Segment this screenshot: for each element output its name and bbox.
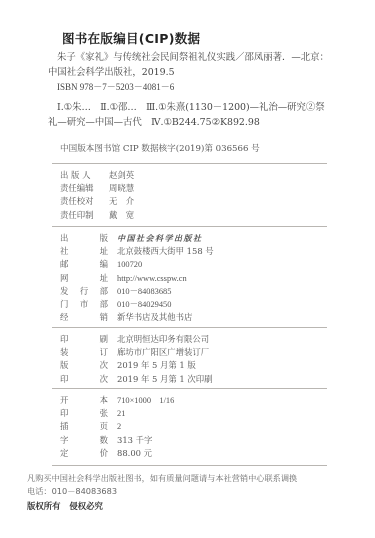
staff-value: 赵剑英	[109, 169, 134, 182]
print-row: 装订 廊坊市广阳区广增装订厂	[60, 346, 213, 359]
notice-phone: 电话：010－84083683	[27, 485, 297, 498]
printer: 北京明恒达印务有限公司	[117, 333, 209, 346]
publisher-row: 邮编 100720	[60, 258, 214, 271]
staff-row: 责任印制 戴 宽	[60, 209, 134, 222]
inserts: 2	[117, 420, 121, 433]
cip-classification: Ⅰ.①朱… Ⅱ.①邵… Ⅲ.①朱熹(1130－1200)—礼治—研究②祭礼—研究…	[48, 100, 333, 130]
staff-row: 责任编辑 周晓慧	[60, 182, 134, 195]
divider	[52, 163, 327, 164]
staff-row: 责任校对 无 介	[60, 195, 134, 208]
publisher-row: 社址 北京鼓楼西大街甲 158 号	[60, 245, 214, 258]
retail-phone: 010－84029450	[117, 298, 171, 311]
isbn: ISBN 978－7－5203－4081－6	[48, 80, 333, 95]
address: 北京鼓楼西大街甲 158 号	[117, 245, 214, 258]
staff-credits: 出 版 人 赵剑英 责任编辑 周晓慧 责任校对 无 介 责任印制 戴 宽	[60, 169, 134, 222]
spec-info: 开本 710×1000 1/16 印张 21 插页 2 字数 313 千字 定价…	[60, 394, 174, 460]
quality-notice: 凡购买中国社会科学出版社图书，如有质量问题请与本社营销中心联系调换 电话：010…	[27, 472, 297, 498]
spec-row: 定价 88.00 元	[60, 447, 174, 460]
spec-row: 印张 21	[60, 407, 174, 420]
publisher-row: 网址 http://www.csspw.cn	[60, 272, 214, 285]
binder: 廊坊市广阳区广增装订厂	[117, 346, 209, 359]
distributor: 新华书店及其他书店	[117, 311, 192, 324]
distribution-phone: 010－84083685	[117, 285, 171, 298]
spec-row: 字数 313 千字	[60, 434, 174, 447]
staff-value: 无 介	[109, 195, 134, 208]
cip-heading: 图书在版编目(CIP)数据	[62, 29, 200, 47]
publisher-info: 出版 中国社会科学出版社 社址 北京鼓楼西大街甲 158 号 邮编 100720…	[60, 232, 214, 324]
staff-row: 出 版 人 赵剑英	[60, 169, 134, 182]
website-link[interactable]: http://www.csspw.cn	[117, 272, 187, 285]
spec-row: 插页 2	[60, 420, 174, 433]
word-count: 313 千字	[117, 434, 152, 447]
cip-entry: 朱子《家礼》与传统社会民间祭祖礼仪实践／邵凤丽著．—北京：中国社会科学出版社，2…	[48, 50, 333, 80]
publisher-row: 发行部 010－84083685	[60, 285, 214, 298]
price: 88.00 元	[117, 447, 152, 460]
divider	[52, 226, 327, 227]
notice-text: 凡购买中国社会科学出版社图书，如有质量问题请与本社营销中心联系调换	[27, 472, 297, 485]
divider	[52, 465, 327, 466]
spec-row: 开本 710×1000 1/16	[60, 394, 174, 407]
print-row: 版次 2019 年 5 月第 1 版	[60, 359, 213, 372]
cip-record: 朱子《家礼》与传统社会民间祭祖礼仪实践／邵凤丽著．—北京：中国社会科学出版社，2…	[48, 50, 333, 130]
cip-verification-number: 中国版本图书馆 CIP 数据核字(2019)第 036566 号	[60, 142, 260, 154]
staff-label: 责任校对	[60, 195, 100, 208]
staff-value: 戴 宽	[109, 209, 134, 222]
postcode: 100720	[117, 258, 142, 271]
divider	[52, 327, 327, 328]
copyright-notice: 版权所有 侵权必究	[27, 500, 103, 512]
copyright-page: 图书在版编目(CIP)数据 朱子《家礼》与传统社会民间祭祖礼仪实践／邵凤丽著．—…	[0, 0, 375, 538]
printed-sheets: 21	[117, 407, 125, 420]
edition: 2019 年 5 月第 1 版	[117, 359, 196, 372]
print-row: 印刷 北京明恒达印务有限公司	[60, 333, 213, 346]
print-info: 印刷 北京明恒达印务有限公司 装订 廊坊市广阳区广增装订厂 版次 2019 年 …	[60, 333, 213, 386]
staff-label: 出 版 人	[60, 169, 100, 182]
staff-value: 周晓慧	[109, 182, 134, 195]
print-row: 印次 2019 年 5 月第 1 次印刷	[60, 373, 213, 386]
divider	[52, 388, 327, 389]
format: 710×1000 1/16	[117, 394, 174, 407]
publisher-row: 经销 新华书店及其他书店	[60, 311, 214, 324]
publisher-row: 出版 中国社会科学出版社	[60, 232, 214, 245]
publisher-logo: 中国社会科学出版社	[117, 232, 203, 245]
publisher-row: 门市部 010－84029450	[60, 298, 214, 311]
staff-label: 责任印制	[60, 209, 100, 222]
impression: 2019 年 5 月第 1 次印刷	[117, 373, 213, 386]
staff-label: 责任编辑	[60, 182, 100, 195]
